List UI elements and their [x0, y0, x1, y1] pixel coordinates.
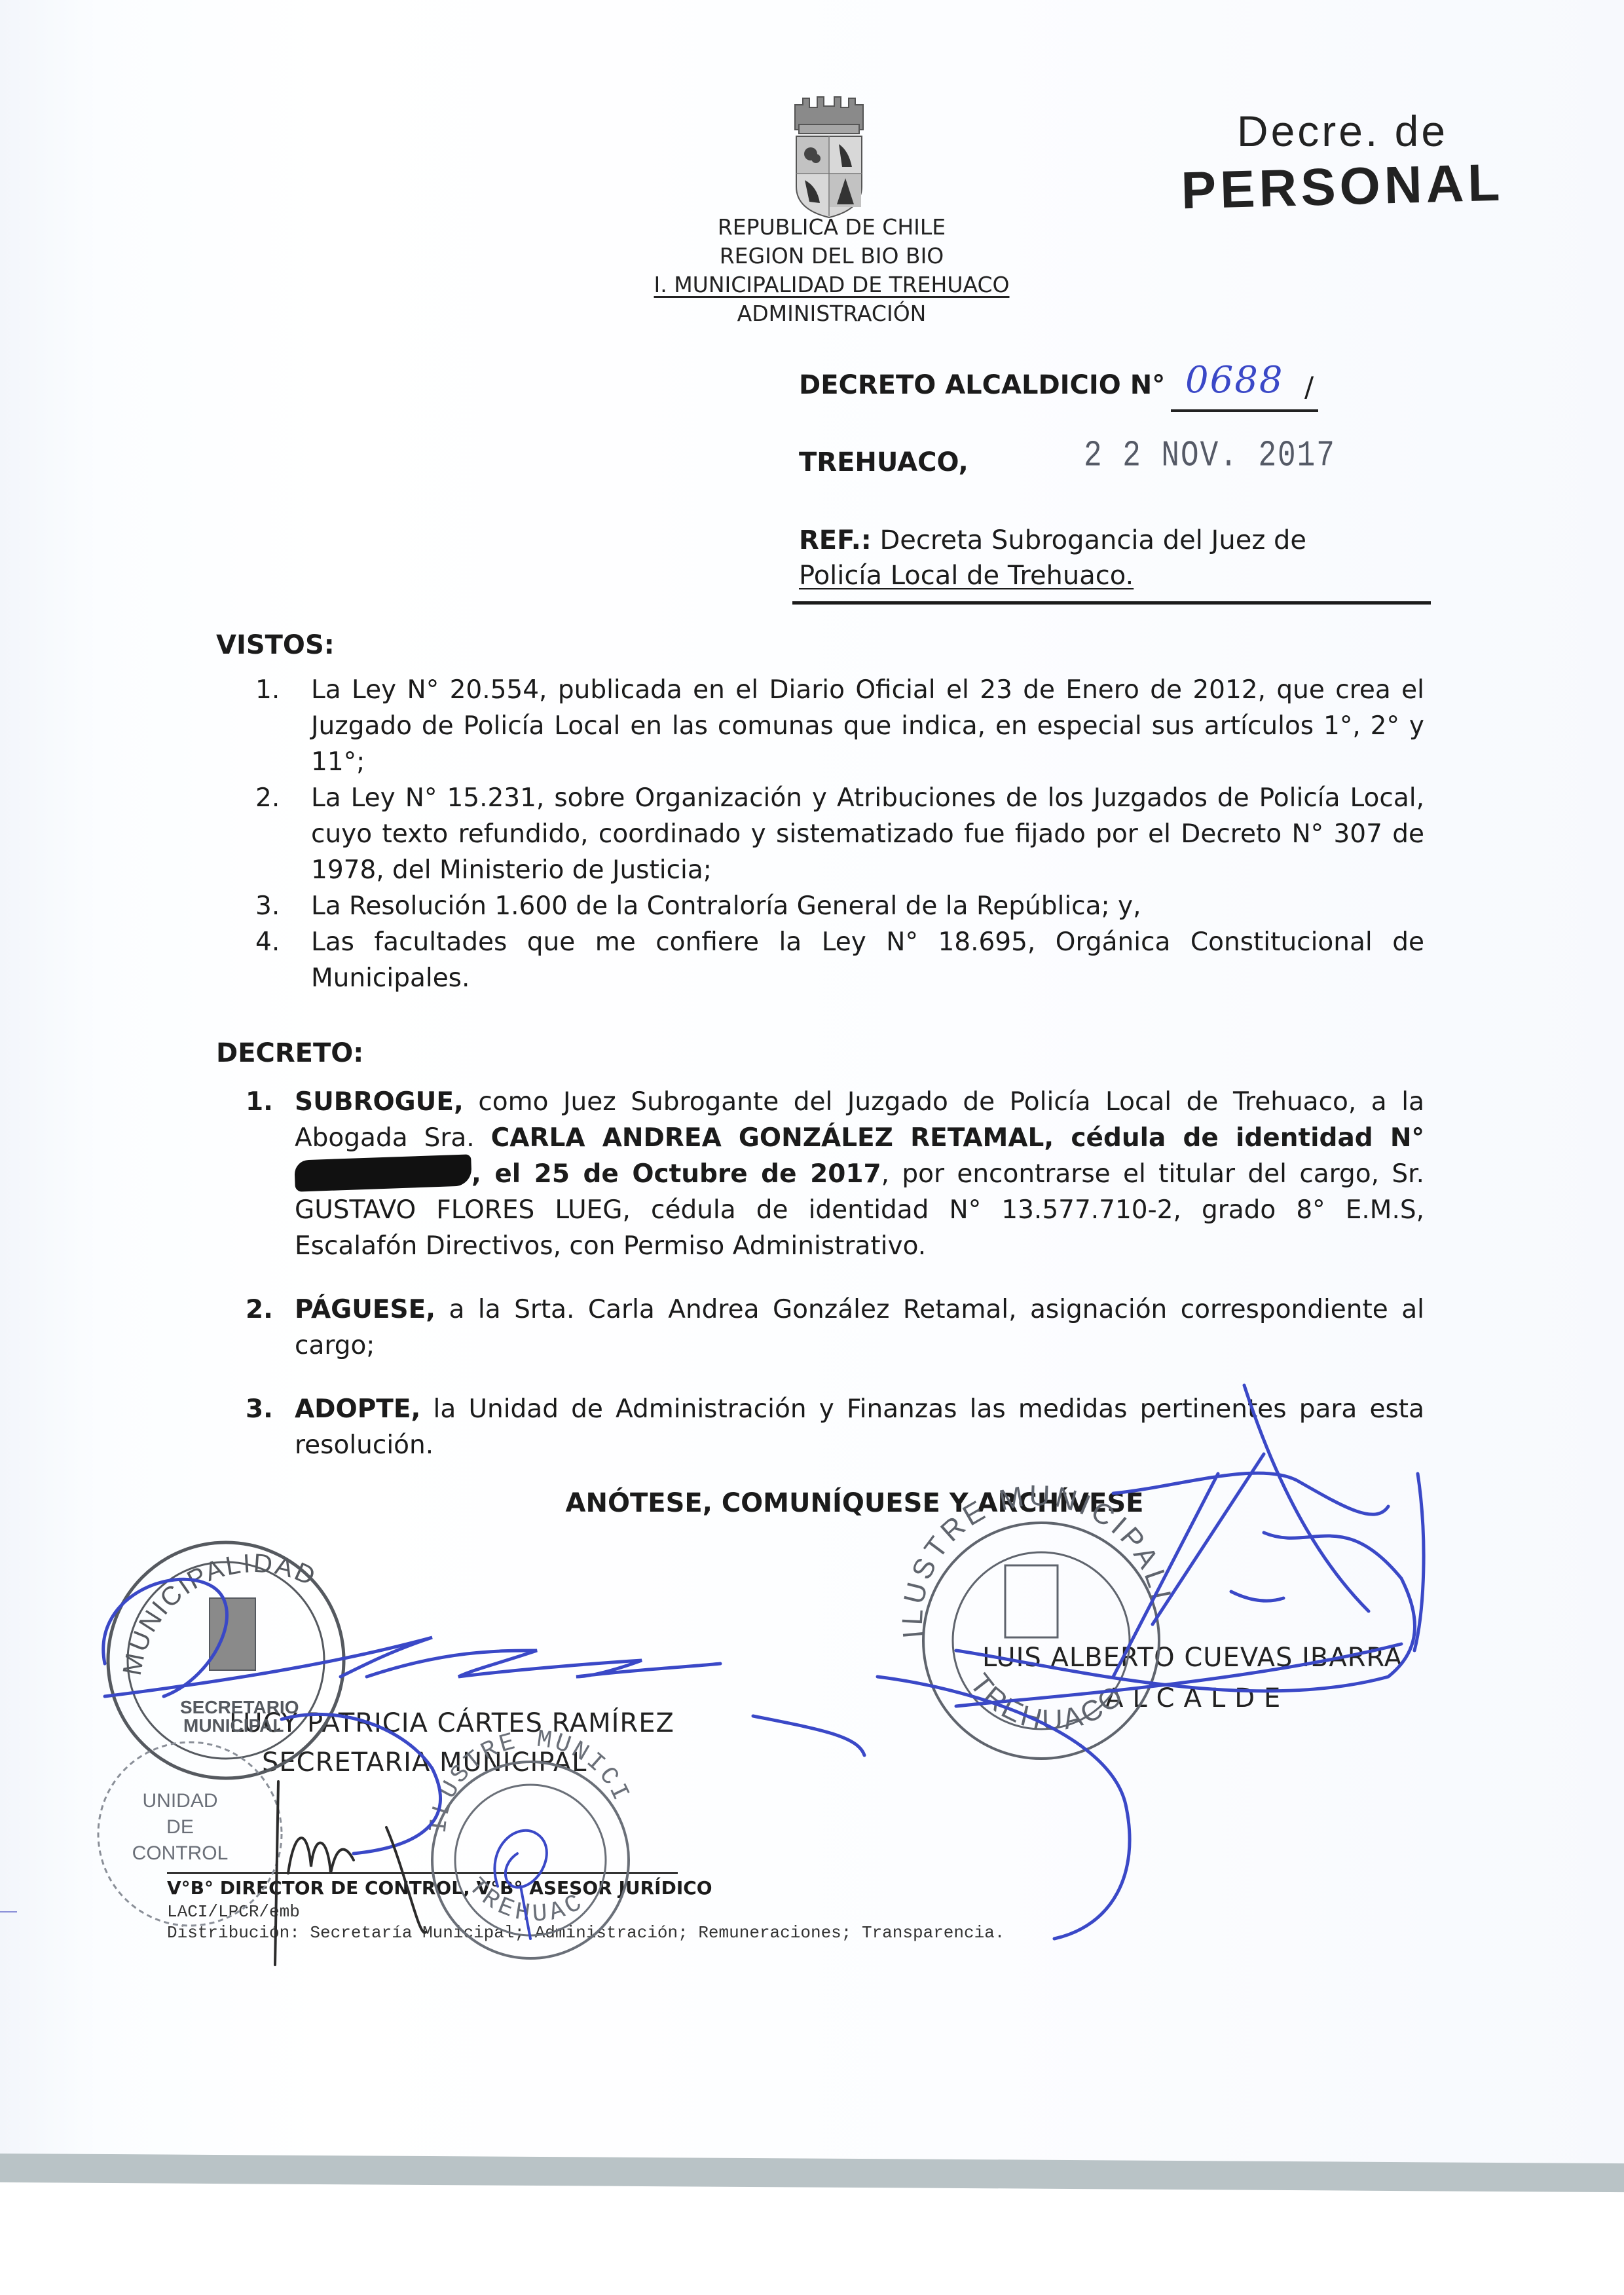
decreto-list: 1. SUBROGUE, como Juez Subrogante del Ju… — [246, 1084, 1424, 1463]
decreto-heading: DECRETO: — [216, 1038, 363, 1068]
decreto-item-1: 1. SUBROGUE, como Juez Subrogante del Ju… — [246, 1084, 1424, 1264]
mayor-name: LUIS ALBERTO CUEVAS IBARRA — [982, 1643, 1403, 1673]
vistos-item: 1. La Ley N° 20.554, publicada en el Dia… — [255, 672, 1424, 780]
vistos-item-text: La Ley N° 20.554, publicada en el Diario… — [311, 672, 1424, 780]
redacted-id-number — [294, 1154, 472, 1191]
control-stamp-line1: UNIDAD — [128, 1788, 232, 1814]
decreto-item-body: a la Srta. Carla Andrea González Retamal… — [295, 1295, 1424, 1360]
decreto-item-3: 3. ADOPTE, la Unidad de Administración y… — [246, 1391, 1424, 1463]
decreto-item-text: SUBROGUE, como Juez Subrogante del Juzga… — [295, 1084, 1424, 1264]
vistos-item: 3. La Resolución 1.600 de la Contraloría… — [255, 888, 1424, 924]
category-stamp-line1: Decre. de — [1153, 105, 1532, 157]
decree-number-underline — [1171, 409, 1318, 412]
city-label: TREHUACO, — [799, 447, 969, 477]
decreto-item-number: 3. — [246, 1391, 295, 1463]
secretary-title: SECRETARIA MUNICIPAL — [262, 1747, 587, 1778]
decree-number-suffix: / — [1304, 371, 1314, 403]
distribution-list: Distribución: Secretaría Municipal; Admi… — [167, 1923, 1005, 1943]
decreto-item-body: la Unidad de Administración y Finanzas l… — [295, 1394, 1424, 1460]
decreto-item-2: 2. PÁGUESE, a la Srta. Carla Andrea Gonz… — [246, 1292, 1424, 1364]
vistos-item: 4. Las facultades que me confiere la Ley… — [255, 924, 1424, 996]
decree-number-label: DECRETO ALCALDICIO N° — [799, 370, 1165, 400]
reference-block: REF.: Decreta Subrogancia del Juez de Po… — [799, 523, 1428, 593]
appointee-name: CARLA ANDREA GONZÁLEZ RETAMAL, cédula de… — [491, 1123, 1424, 1153]
vistos-item-text: La Resolución 1.600 de la Contraloría Ge… — [311, 888, 1424, 924]
approval-rule — [167, 1872, 678, 1874]
decreto-item-number: 2. — [246, 1292, 295, 1364]
category-stamp-line2: PERSONAL — [1152, 152, 1533, 221]
effective-date: el 25 de Octubre de 2017 — [494, 1159, 881, 1189]
decreto-item-number: 1. — [246, 1084, 295, 1264]
header-department: ADMINISTRACIÓN — [616, 299, 1048, 328]
category-stamp: Decre. de PERSONAL — [1153, 105, 1532, 216]
vistos-item-number: 3. — [255, 888, 311, 924]
decreto-item-verb: ADOPTE, — [295, 1394, 420, 1424]
decreto-item-text: ADOPTE, la Unidad de Administración y Fi… — [295, 1391, 1424, 1463]
vistos-item-text: La Ley N° 15.231, sobre Organización y A… — [311, 780, 1424, 888]
decreto-item-text: PÁGUESE, a la Srta. Carla Andrea Gonzále… — [295, 1292, 1424, 1364]
vistos-item-number: 4. — [255, 924, 311, 996]
drafter-initials: LACI/LPCR/emb — [167, 1902, 300, 1922]
mayor-title: ALCALDE — [1105, 1683, 1289, 1713]
reference-text-2: Policía Local de Trehuaco. — [799, 558, 1428, 593]
margin-mark — [0, 1911, 17, 1912]
control-unit-stamp-text: UNIDAD DE CONTROL — [128, 1788, 232, 1867]
control-stamp-line3: CONTROL — [128, 1840, 232, 1867]
vistos-item-number: 1. — [255, 672, 311, 780]
vistos-item-number: 2. — [255, 780, 311, 888]
reference-label: REF.: — [799, 525, 872, 555]
decreto-item-verb: SUBROGUE, — [295, 1087, 464, 1117]
issuer-header: REPUBLICA DE CHILE REGION DEL BIO BIO I.… — [616, 213, 1048, 328]
vistos-item: 2. La Ley N° 15.231, sobre Organización … — [255, 780, 1424, 888]
secretary-name: LUCY PATRICIA CÁRTES RAMÍREZ — [229, 1708, 674, 1738]
reference-text-1: Decreta Subrogancia del Juez de — [879, 525, 1306, 555]
vistos-heading: VISTOS: — [216, 630, 335, 660]
control-stamp-line2: DE — [128, 1814, 232, 1840]
municipal-coat-of-arms-icon — [783, 92, 875, 219]
reference-rule — [792, 601, 1431, 605]
vistos-item-text: Las facultades que me confiere la Ley N°… — [311, 924, 1424, 996]
header-municipality: I. MUNICIPALIDAD DE TREHUACO — [616, 271, 1048, 299]
header-region: REGION DEL BIO BIO — [616, 242, 1048, 271]
decree-number-handwritten: 0688 — [1185, 359, 1284, 401]
decreto-item-verb: PÁGUESE, — [295, 1295, 435, 1324]
closing-formula: ANÓTESE, COMUNÍQUESE Y ARCHÍVESE — [0, 1488, 1624, 1518]
header-country: REPUBLICA DE CHILE — [616, 213, 1048, 242]
vistos-list: 1. La Ley N° 20.554, publicada en el Dia… — [255, 672, 1424, 996]
date-stamp: 2 2 NOV. 2017 — [1084, 436, 1336, 476]
approvals-line: V°B° DIRECTOR DE CONTROL, V°B° ASESOR JU… — [167, 1877, 712, 1899]
